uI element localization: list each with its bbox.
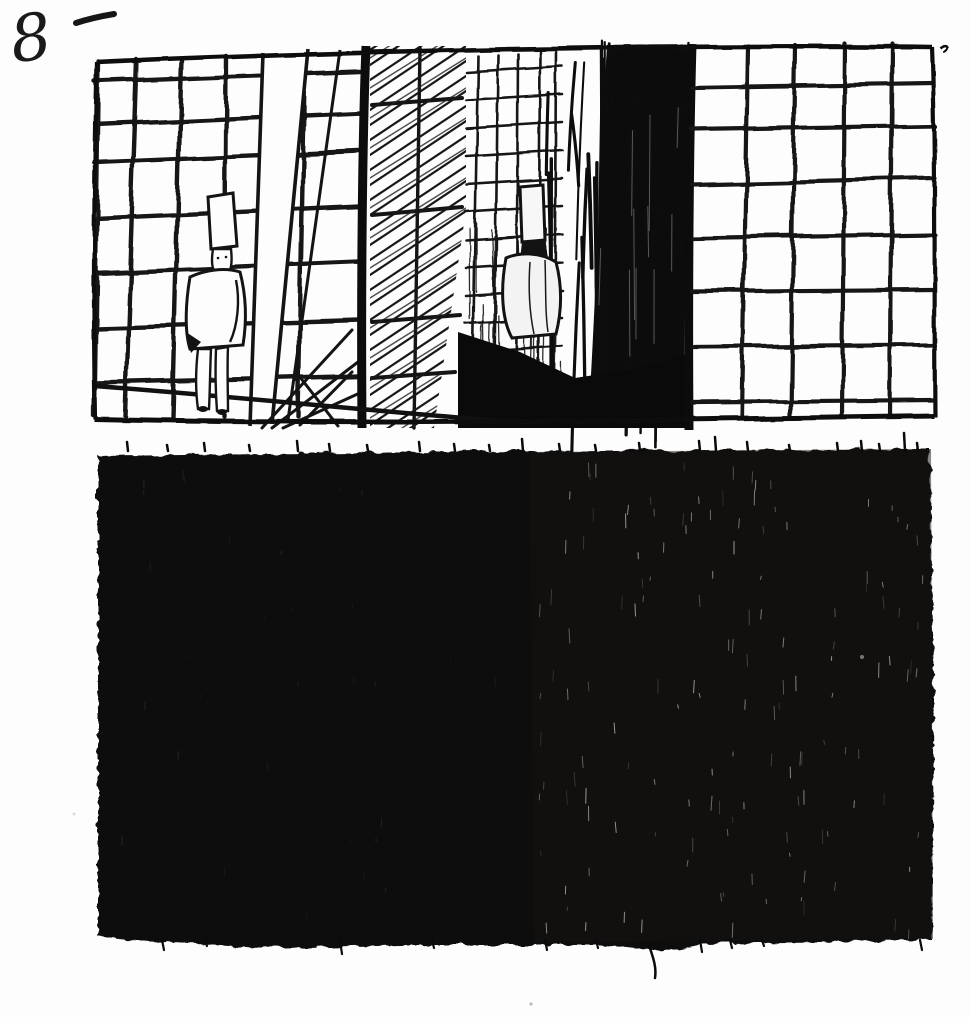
face-mark — [217, 257, 220, 260]
scratch-fleck — [917, 536, 918, 545]
scratch-fleck — [699, 497, 700, 504]
scratch-fleck — [567, 689, 568, 700]
scratch-fleck — [854, 801, 855, 808]
scratch-fleck — [678, 705, 679, 708]
scratch-fleck — [771, 754, 772, 766]
edge-tick — [904, 433, 905, 451]
paper-speck — [529, 1002, 532, 1005]
edge-tick — [522, 439, 523, 451]
scratch-fleck — [747, 654, 748, 666]
edge-tick — [559, 444, 560, 451]
edge-tick — [789, 445, 790, 451]
scratch-fleck — [539, 794, 540, 800]
figure-right-hat — [520, 185, 545, 242]
face-mark — [225, 256, 228, 259]
edge-tick — [204, 443, 205, 451]
grid-line — [890, 44, 893, 416]
edge-tick — [127, 442, 128, 451]
figure-left-leg — [216, 347, 228, 411]
scratch-fleck — [643, 596, 644, 602]
grid-line — [692, 345, 934, 347]
scribble-stroke — [546, 93, 548, 175]
scratch-fleck — [727, 829, 728, 835]
edge-tick — [167, 445, 168, 451]
scratch-fleck — [628, 763, 629, 768]
scratch-fleck — [588, 463, 589, 477]
scratch-fleck — [787, 832, 788, 842]
scratch-fleck — [551, 590, 552, 605]
scribble-stroke — [601, 41, 602, 404]
edge-tick — [367, 445, 368, 451]
edge-tick — [595, 445, 596, 451]
scratch-fleck — [827, 831, 828, 836]
scratch-fleck — [801, 898, 802, 901]
edge-tick — [489, 445, 490, 451]
scratch-fleck — [755, 481, 756, 490]
sketch-page: 8 — [0, 0, 970, 1017]
scratch-fleck — [642, 579, 643, 587]
ink-sketch: 8 — [0, 0, 970, 1017]
edge-tick — [249, 445, 250, 451]
edge-tick — [879, 444, 880, 451]
scratch-fleck — [699, 595, 700, 606]
figure-left-leg — [196, 349, 211, 409]
paper-speck — [73, 813, 76, 816]
edge-tick — [639, 443, 640, 451]
scratch-fleck — [588, 682, 589, 691]
figure-left-foot — [198, 406, 208, 412]
paper-speck — [860, 655, 864, 659]
figure-left-hat — [208, 193, 237, 249]
figure-right-cloak — [503, 254, 561, 338]
scratch-fleck — [650, 497, 651, 504]
scratch-fleck — [684, 463, 685, 471]
scratch-fleck — [752, 472, 753, 483]
grid-line — [842, 44, 845, 416]
scratch-fleck — [635, 604, 636, 616]
texture-stroke — [470, 228, 471, 319]
figure-left-foot — [217, 409, 227, 415]
bottom-panel-drawing — [98, 433, 934, 978]
scratch-fleck — [761, 576, 762, 579]
edge-tick — [329, 444, 330, 451]
edge-tick — [419, 442, 420, 451]
edge-tick — [699, 441, 700, 451]
scratch-fleck — [546, 923, 547, 933]
edge-tick — [747, 442, 748, 451]
grid-line — [692, 400, 934, 402]
edge-tick — [861, 441, 862, 451]
edge-tick — [297, 441, 298, 451]
edge-tick — [917, 443, 918, 451]
scratch-fleck — [775, 507, 776, 511]
divider-left — [362, 46, 366, 428]
grid-line — [692, 290, 934, 292]
scratch-fleck — [540, 733, 541, 746]
block-right-tone — [530, 449, 933, 942]
scratch-fleck — [732, 923, 733, 937]
edge-tick — [454, 444, 455, 451]
edge-tick — [837, 443, 838, 451]
scratch-fleck — [540, 851, 541, 855]
edge-tick — [715, 437, 716, 451]
scratch-fleck — [650, 577, 651, 580]
